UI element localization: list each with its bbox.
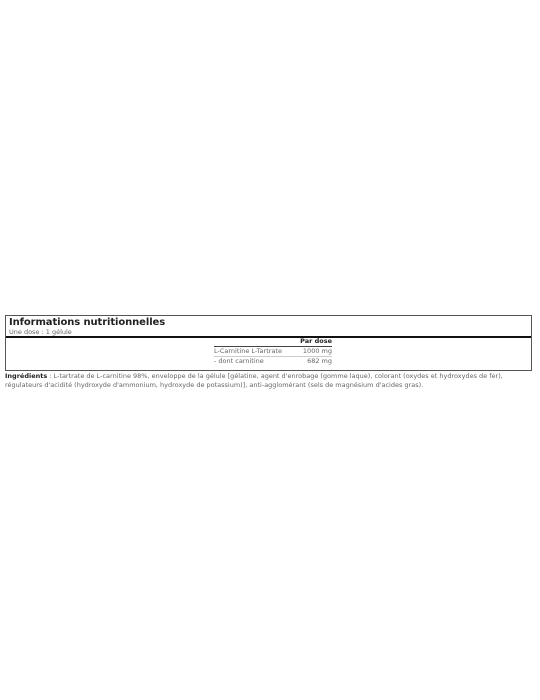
table-header: Par dose [214,337,332,347]
row-value: 1000 mg [303,347,332,356]
ingredients-text: Ingrédients : L-tartrate de L-carnitine … [5,372,535,390]
nutrition-panel: Informations nutritionnelles Une dose : … [5,315,532,371]
row-label: - dont carnitine [214,357,264,366]
table-row: L-Carnitine L-Tartrate 1000 mg [214,347,332,357]
serving-size: Une dose : 1 gélule [9,328,72,336]
row-label: L-Carnitine L-Tartrate [214,347,282,356]
nutrition-title: Informations nutritionnelles [9,317,165,328]
nutrition-table: Par dose L-Carnitine L-Tartrate 1000 mg … [214,337,332,366]
table-row: - dont carnitine 682 mg [214,357,332,366]
column-header: Par dose [300,337,332,346]
ingredients-label: Ingrédients [5,372,47,380]
row-value: 682 mg [307,357,332,366]
ingredients-list: : L-tartrate de L-carnitine 98%, envelop… [5,372,503,389]
